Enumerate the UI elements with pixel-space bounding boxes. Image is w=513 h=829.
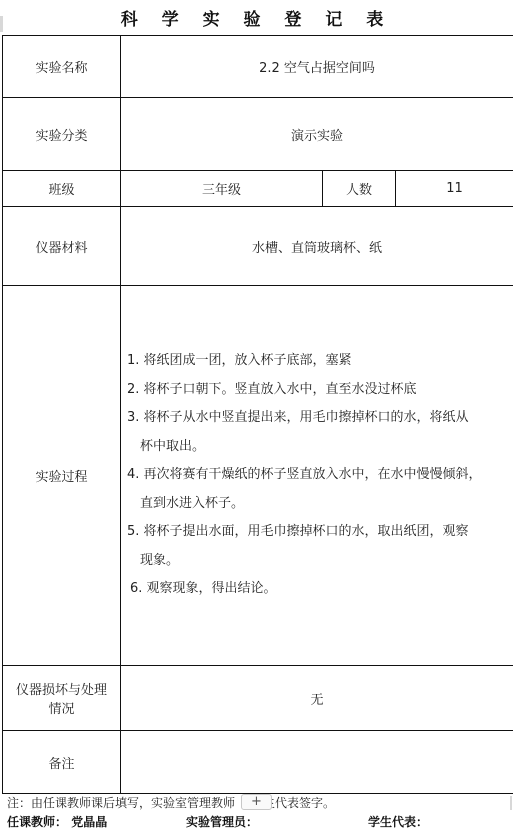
process-step-5-cont: 现象。 xyxy=(127,547,507,576)
remarks-label: 备注 xyxy=(3,731,121,794)
footer-note: 注：由任课教师课后填写，实验室管理教师生代表签字。 xyxy=(7,794,335,811)
row-class: 班级 三年级 人数 11 xyxy=(3,171,513,207)
damage-label: 仪器损坏与处理 情况 xyxy=(3,666,121,731)
category-value[interactable]: 演示实验 xyxy=(121,98,513,171)
row-damage: 仪器损坏与处理 情况 无 xyxy=(3,666,513,731)
process-step-4: 4. 再次将赛有干燥纸的杯子竖直放入水中，在水中慢慢倾斜， xyxy=(127,461,507,490)
teacher-signature: 任课教师： 党晶晶 xyxy=(7,813,107,829)
class-label: 班级 xyxy=(3,171,121,207)
page-edge-marker-right xyxy=(510,796,512,810)
row-category: 实验分类 演示实验 xyxy=(3,98,513,171)
row-experiment-name: 实验名称 2.2 空气占据空间吗 xyxy=(3,36,513,98)
row-materials: 仪器材料 水槽、直筒玻璃杯、纸 xyxy=(3,207,513,286)
damage-label-line1: 仪器损坏与处理 xyxy=(3,679,120,698)
count-label: 人数 xyxy=(323,171,396,207)
experiment-name-label: 实验名称 xyxy=(3,36,121,98)
process-label: 实验过程 xyxy=(3,286,121,666)
count-value[interactable]: 11 xyxy=(396,171,513,207)
process-step-4-cont: 直到水进入杯子。 xyxy=(127,490,507,519)
student-rep-signature: 学生代表： xyxy=(368,813,428,829)
row-remarks: 备注 xyxy=(3,731,513,794)
damage-label-line2: 情况 xyxy=(3,698,120,717)
add-button[interactable]: + xyxy=(241,794,272,810)
footer-note-part2: 生代表签字。 xyxy=(263,796,335,810)
materials-value[interactable]: 水槽、直筒玻璃杯、纸 xyxy=(121,207,513,286)
process-step-6: 6. 观察现象，得出结论。 xyxy=(127,575,507,604)
process-step-3: 3. 将杯子从水中竖直提出来，用毛巾擦掉杯口的水，将纸从 xyxy=(127,404,507,433)
process-step-2: 2. 将杯子口朝下。竖直放入水中，直至水没过杯底 xyxy=(127,376,507,405)
teacher-label: 任课教师： xyxy=(7,815,67,829)
footer-note-part1: 注：由任课教师课后填写，实验室管理教师 xyxy=(7,796,235,810)
teacher-name: 党晶晶 xyxy=(71,815,107,829)
process-step-3-cont: 杯中取出。 xyxy=(127,433,507,462)
class-value[interactable]: 三年级 xyxy=(121,171,323,207)
registration-table: 实验名称 2.2 空气占据空间吗 实验分类 演示实验 班级 三年级 人数 11 … xyxy=(2,35,513,794)
category-label: 实验分类 xyxy=(3,98,121,171)
process-step-1: 1. 将纸团成一团，放入杯子底部，塞紧 xyxy=(127,347,507,376)
process-value[interactable]: 1. 将纸团成一团，放入杯子底部，塞紧 2. 将杯子口朝下。竖直放入水中，直至水… xyxy=(121,286,513,666)
document-title: 科 学 实 验 登 记 表 xyxy=(0,5,513,30)
materials-label: 仪器材料 xyxy=(3,207,121,286)
damage-value[interactable]: 无 xyxy=(121,666,513,731)
lab-manager-signature: 实验管理员： xyxy=(186,813,258,829)
row-process: 实验过程 1. 将纸团成一团，放入杯子底部，塞紧 2. 将杯子口朝下。竖直放入水… xyxy=(3,286,513,666)
experiment-name-value[interactable]: 2.2 空气占据空间吗 xyxy=(121,36,513,98)
remarks-value[interactable] xyxy=(121,731,513,794)
process-step-5: 5. 将杯子提出水面，用毛巾擦掉杯口的水，取出纸团，观察 xyxy=(127,518,507,547)
